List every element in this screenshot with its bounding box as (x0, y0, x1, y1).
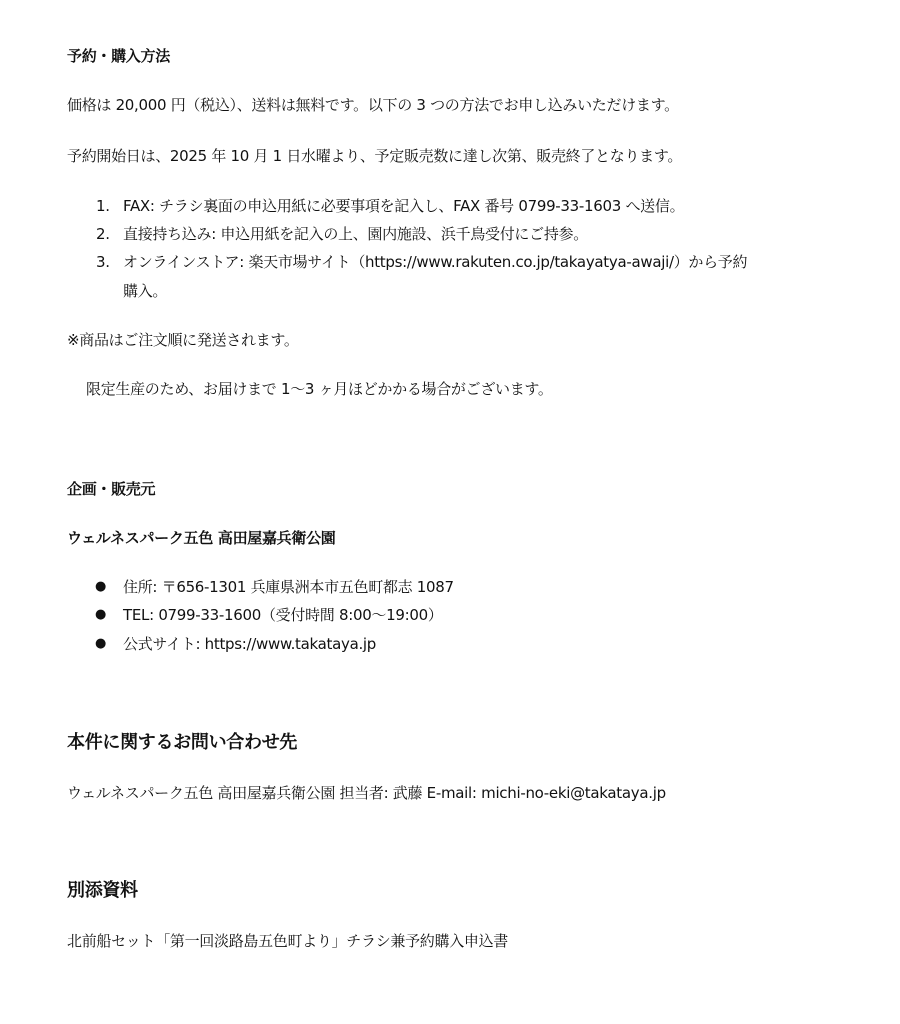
tel-text: TEL: 0799-33-1600（受付時間 8:00～19:00） (123, 605, 443, 625)
address-text: 住所: 〒656-1301 兵庫県洲本市五色町都志 1087 (123, 577, 454, 597)
section-heading-purchase: 予約・購入方法 (67, 46, 170, 66)
section-heading-contact: 本件に関するお問い合わせ先 (67, 733, 297, 753)
shipping-note: ※商品はご注文順に発送されます。 (67, 330, 299, 350)
method-online-text-cont: 購入。 (123, 281, 167, 301)
method-online-text[interactable]: オンラインストア: 楽天市場サイト（https://www.rakuten.co… (123, 252, 747, 272)
start-date-text: 予約開始日は、2025 年 10 月 1 日水曜より、予定販売数に達し次第、販売… (67, 146, 682, 166)
list-number: 3. (96, 252, 110, 272)
website-text[interactable]: 公式サイト: https://www.takataya.jp (123, 634, 376, 654)
list-number: 1. (96, 196, 110, 216)
bullet-icon: ● (95, 577, 106, 597)
list-number: 2. (96, 224, 110, 244)
org-name: ウェルネスパーク五色 高田屋嘉兵衛公園 (67, 528, 335, 548)
method-fax-text: FAX: チラシ裏面の申込用紙に必要事項を記入し、FAX 番号 0799-33-… (123, 196, 684, 216)
contact-text: ウェルネスパーク五色 高田屋嘉兵衛公園 担当者: 武藤 E-mail: mich… (67, 783, 666, 803)
bullet-icon: ● (95, 634, 106, 654)
bullet-icon: ● (95, 605, 106, 625)
method-direct-text: 直接持ち込み: 申込用紙を記入の上、園内施設、浜千鳥受付にご持参。 (123, 224, 588, 244)
section-heading-seller: 企画・販売元 (67, 479, 155, 499)
section-heading-attachment: 別添資料 (67, 881, 138, 901)
delivery-note: 限定生産のため、お届けまで 1～3 ヶ月ほどかかる場合がございます。 (86, 379, 553, 399)
attachment-text: 北前船セット「第一回淡路島五色町より」チラシ兼予約購入申込書 (67, 931, 508, 951)
price-text: 価格は 20,000 円（税込）、送料は無料です。以下の 3 つの方法でお申し込… (67, 95, 679, 115)
